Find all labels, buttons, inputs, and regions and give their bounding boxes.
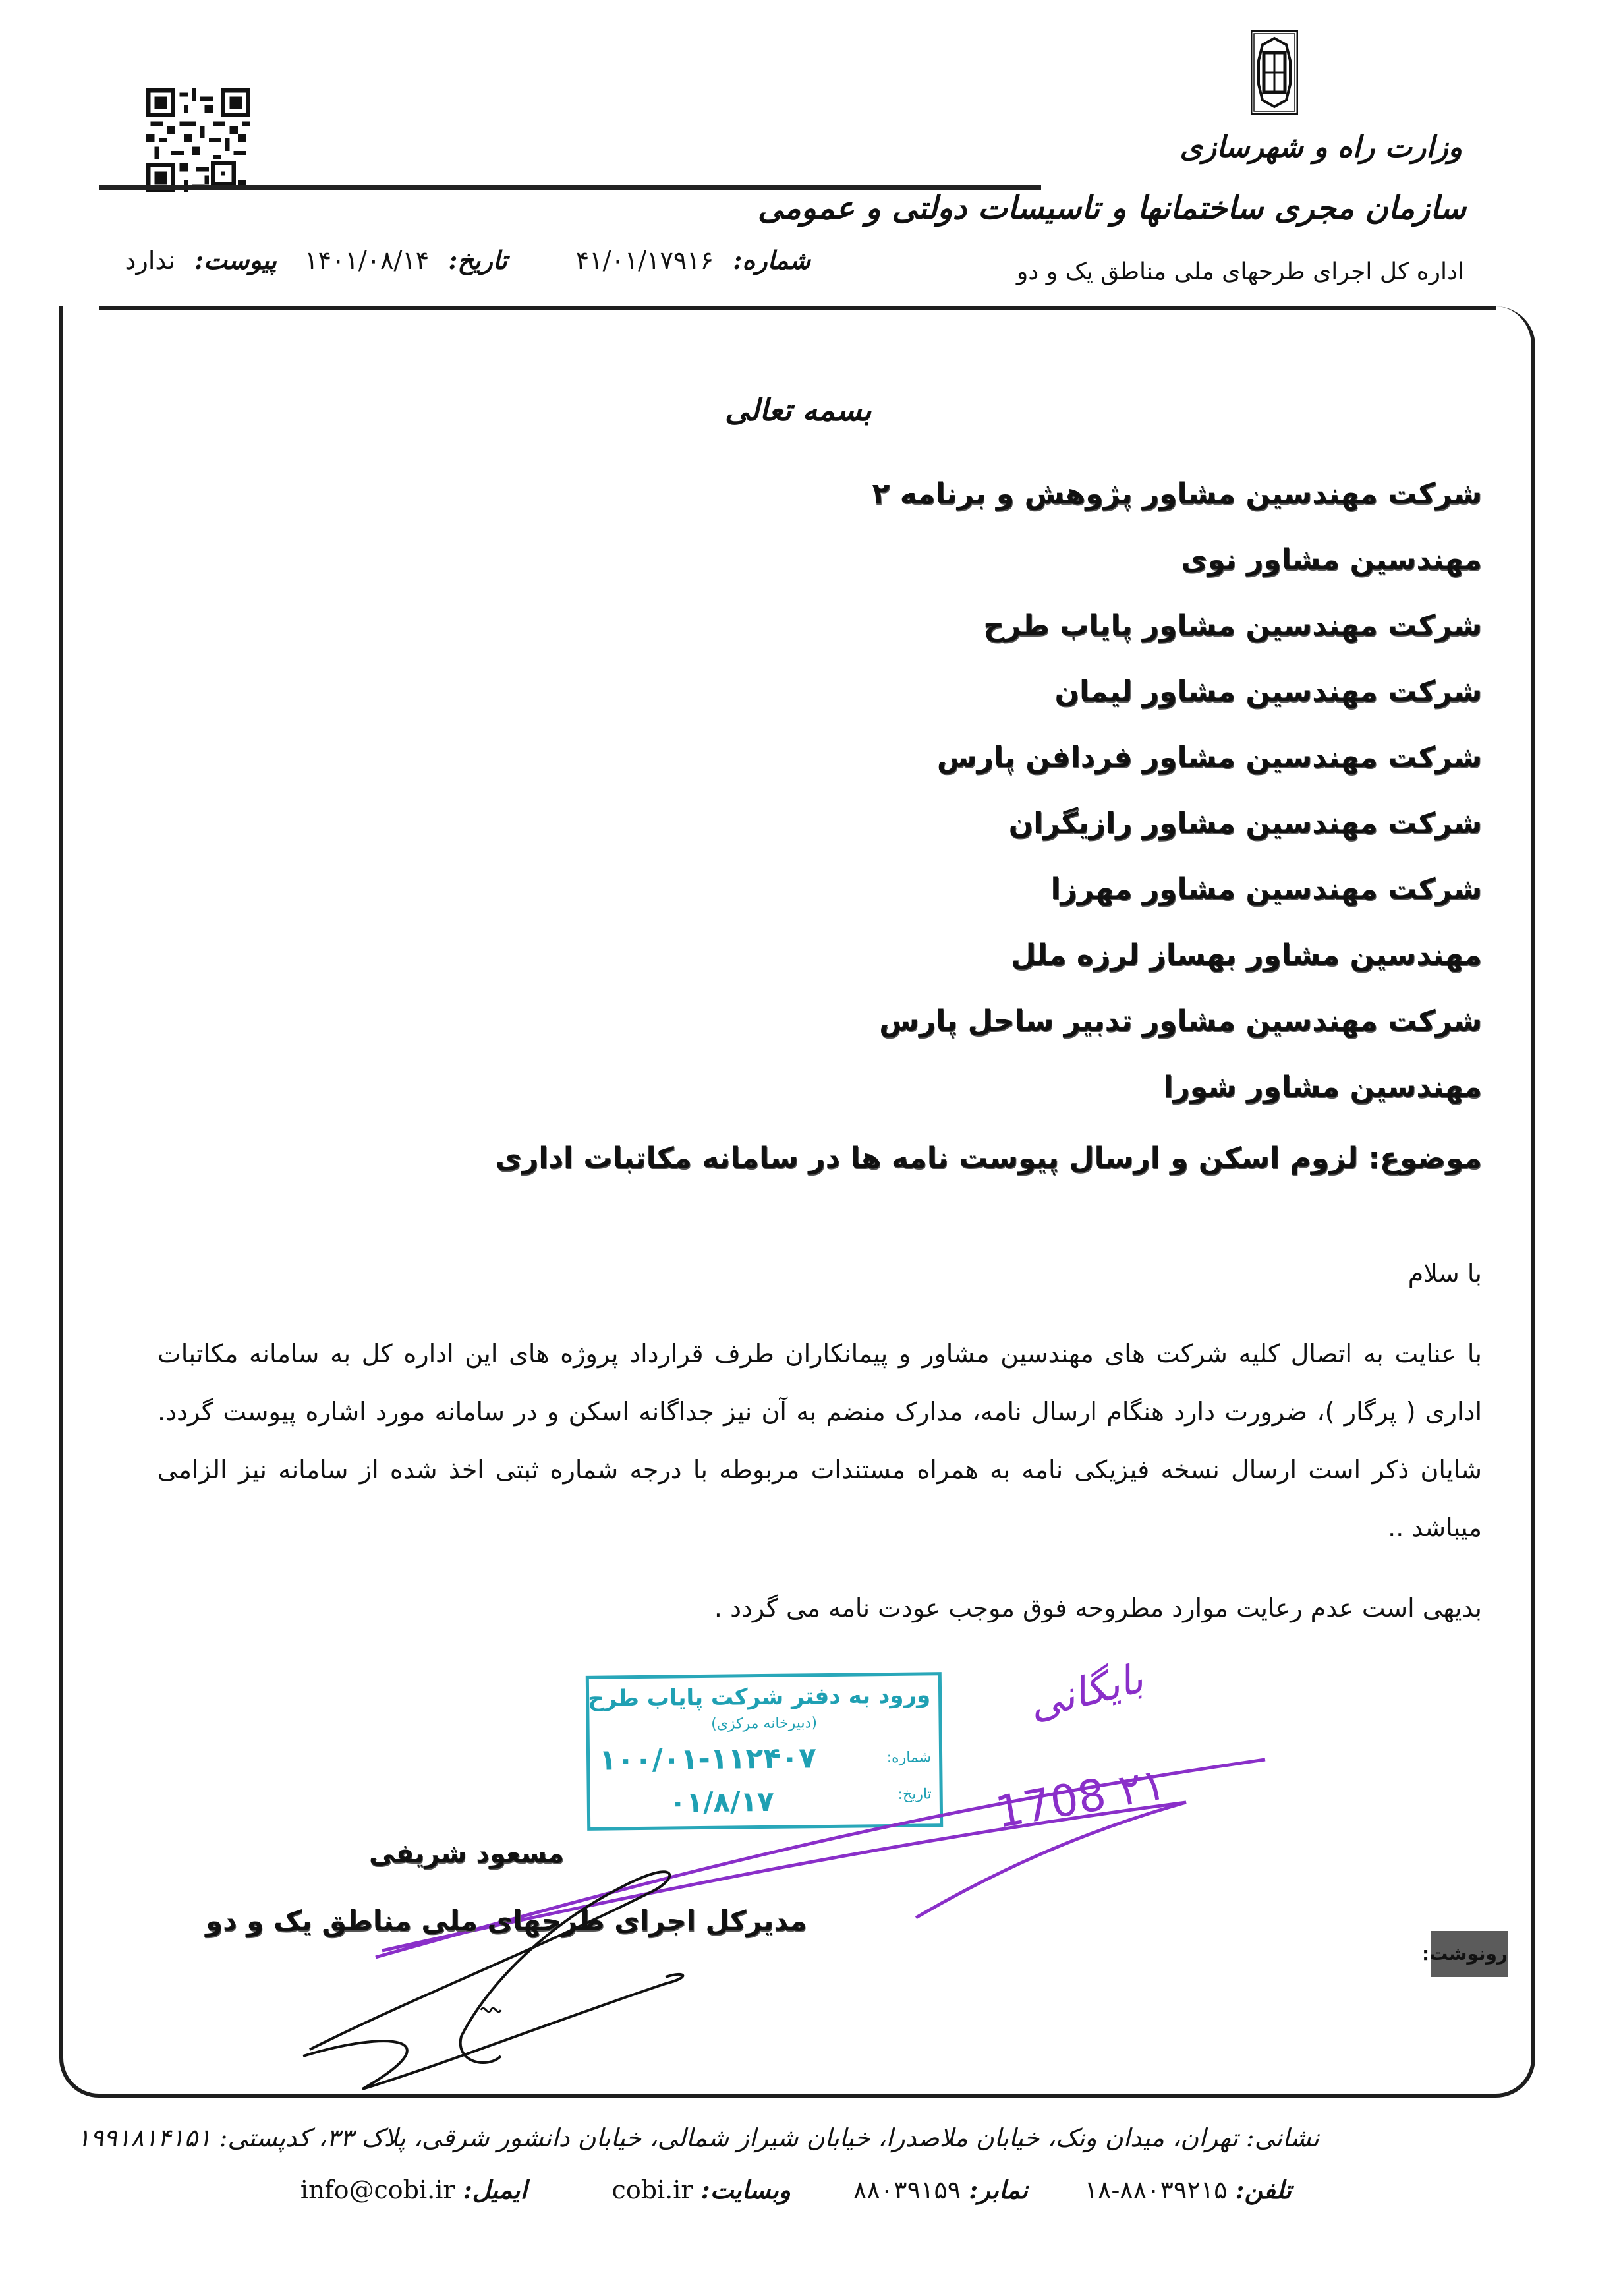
body-paragraph: با عنایت به اتصال کلیه شرکت های مهندسین … [157, 1325, 1482, 1557]
letter-date: تاریخ: ۱۴۰۱/۰۸/۱۴ [304, 245, 507, 275]
closing-sentence: بدیهی است عدم رعایت موارد مطروحه فوق موج… [714, 1593, 1482, 1622]
phone-value: ۸۸۰۳۹۲۱۵-۱۸ [1085, 2175, 1228, 2204]
stamp-title: ورود به دفتر شرکت پایاب طرح [588, 1682, 930, 1711]
letter-date-label: تاریخ: [448, 245, 507, 275]
footer-address: نشانی: تهران، میدان ونک، خیابان ملاصدرا،… [76, 2123, 1319, 2152]
fax-label: نمابر: [969, 2175, 1028, 2204]
handwritten-signature [283, 1865, 705, 2102]
letter-date-value: ۱۴۰۱/۰۸/۱۴ [304, 246, 429, 275]
website-label: وبسایت: [701, 2175, 791, 2204]
organization-name: سازمان مجری ساختمانها و تاسیسات دولتی و … [758, 190, 1466, 227]
letter-metadata: شماره: ۴۱/۰۱/۱۷۹۱۶ تاریخ: ۱۴۰۱/۰۸/۱۴ پیو… [125, 245, 810, 285]
website-value[interactable]: cobi.ir [612, 2175, 693, 2204]
letter-attachment-label: پیوست: [194, 245, 277, 275]
email-label: ایمیل: [463, 2175, 527, 2204]
email-value[interactable]: info@cobi.ir [300, 2175, 455, 2204]
recipient-item: شرکت مهندسین مشاور پژوهش و برنامه ۲ [296, 461, 1482, 527]
footer-contacts: تلفن: ۸۸۰۳۹۲۱۵-۱۸ نمابر: ۸۸۰۳۹۱۵۹ وبسایت… [316, 2175, 1292, 2214]
footer-website: وبسایت: cobi.ir [612, 2175, 791, 2204]
recipient-item: شرکت مهندسین مشاور لیمان [296, 659, 1482, 725]
fax-value: ۸۸۰۳۹۱۵۹ [853, 2175, 961, 2204]
footer-fax: نمابر: ۸۸۰۳۹۱۵۹ [853, 2175, 1028, 2204]
letter-subject: موضوع: لزوم اسکن و ارسال پیوست نامه ها د… [496, 1141, 1482, 1175]
recipient-item: شرکت مهندسین مشاور تدبیر ساحل پارس [296, 989, 1482, 1054]
letter-number: شماره: ۴۱/۰۱/۱۷۹۱۶ [576, 245, 810, 275]
header-divider [99, 185, 1041, 190]
ministry-name: وزارت راه و شهرسازی [1179, 130, 1462, 164]
recipient-item: شرکت مهندسین مشاور فردافن پارس [296, 725, 1482, 791]
letter-attachment-value: ندارد [125, 246, 175, 275]
phone-label: تلفن: [1236, 2175, 1292, 2204]
window-emblem-logo-icon [1251, 30, 1298, 115]
letter-number-label: شماره: [733, 245, 810, 275]
letter-number-value: ۴۱/۰۱/۱۷۹۱۶ [576, 246, 714, 275]
invocation: بسمه تعالی [725, 392, 871, 428]
recipient-item: شرکت مهندسین مشاور پایاب طرح [296, 593, 1482, 659]
qr-code-icon [146, 87, 250, 194]
recipient-item: شرکت مهندسین مشاور مهرزا [296, 857, 1482, 923]
greeting: با سلام [1408, 1259, 1482, 1288]
recipient-list: شرکت مهندسین مشاور پژوهش و برنامه ۲ مهند… [296, 461, 1482, 1120]
footer-phone: تلفن: ۸۸۰۳۹۲۱۵-۱۸ [1085, 2175, 1292, 2204]
footer-email: ایمیل: info@cobi.ir [300, 2175, 527, 2204]
recipient-item: شرکت مهندسین مشاور رازیگران [296, 791, 1482, 857]
letter-attachment: پیوست: ندارد [125, 245, 277, 275]
department-name: اداره کل اجرای طرحهای ملی مناطق یک و دو [1017, 258, 1464, 285]
stamp-subtitle: (دبیرخانه مرکزی) [589, 1713, 938, 1734]
recipient-item: مهندسین مشاور شورا [296, 1054, 1482, 1120]
recipient-item: مهندسین مشاور بهساز لرزه ملل [296, 923, 1482, 989]
recipient-item: مهندسین مشاور نوی [296, 527, 1482, 593]
cc-label: رونوشت: [1431, 1931, 1508, 1977]
